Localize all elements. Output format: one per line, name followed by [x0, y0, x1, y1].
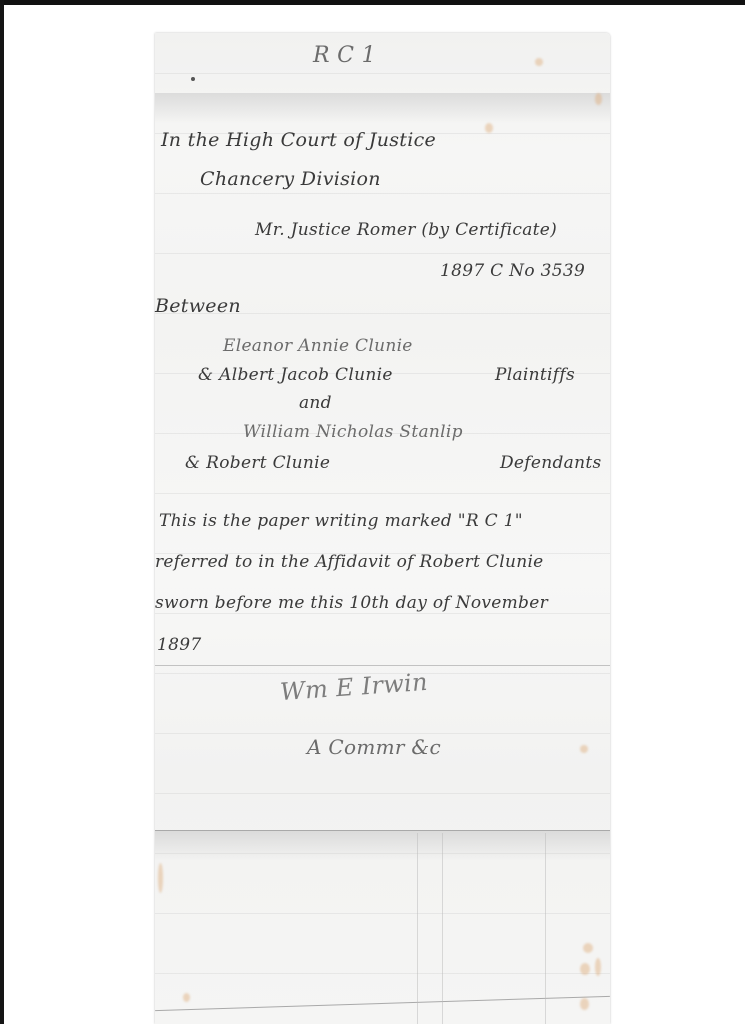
court-heading: In the High Court of Justice: [161, 129, 436, 151]
tear-line: [155, 996, 610, 1011]
scan-border-left: [0, 0, 4, 1024]
division: Chancery Division: [200, 168, 381, 190]
foxing-spot: [580, 998, 589, 1010]
fold-crease: [155, 830, 610, 831]
case-number: 1897 C No 3539: [440, 261, 585, 281]
foxing-spot: [595, 93, 602, 105]
and-label: and: [299, 393, 332, 413]
foxing-spot: [595, 958, 601, 976]
plaintiff-1: Eleanor Annie Clunie: [223, 336, 413, 356]
document-paper: R C 1 In the High Court of Justice Chanc…: [155, 33, 610, 1024]
defendant-2: & Robert Clunie: [185, 453, 330, 473]
judge: Mr. Justice Romer (by Certificate): [255, 220, 557, 240]
foxing-spot: [158, 863, 163, 893]
ruled-line: [417, 833, 418, 1024]
ruled-line: [545, 833, 546, 1024]
plaintiffs-label: Plaintiffs: [495, 365, 575, 385]
ruled-line: [442, 833, 443, 1024]
foxing-spot: [535, 58, 543, 66]
fold-shadow: [155, 831, 610, 861]
foxing-spot: [580, 963, 590, 975]
commissioner-title: A Commr &c: [307, 735, 441, 759]
commissioner-signature: Wm E Irwin: [279, 668, 428, 706]
ink-speck: [191, 77, 195, 81]
between-label: Between: [155, 295, 241, 317]
foxing-spot: [580, 745, 588, 753]
scan-border-top: [0, 0, 745, 5]
fold-shadow: [155, 93, 610, 123]
exhibit-mark: R C 1: [313, 43, 376, 68]
jurat-line-4: 1897: [157, 635, 201, 655]
foxing-spot: [183, 993, 190, 1002]
foxing-spot: [485, 123, 493, 133]
jurat-line-1: This is the paper writing marked "R C 1": [159, 511, 523, 531]
plaintiff-2: & Albert Jacob Clunie: [198, 365, 393, 385]
fold-crease: [155, 665, 610, 666]
defendants-label: Defendants: [500, 453, 602, 473]
jurat-line-2: referred to in the Affidavit of Robert C…: [155, 552, 544, 572]
jurat-line-3: sworn before me this 10th day of Novembe…: [155, 593, 548, 613]
defendant-1: William Nicholas Stanlip: [243, 422, 463, 442]
foxing-spot: [583, 943, 593, 953]
